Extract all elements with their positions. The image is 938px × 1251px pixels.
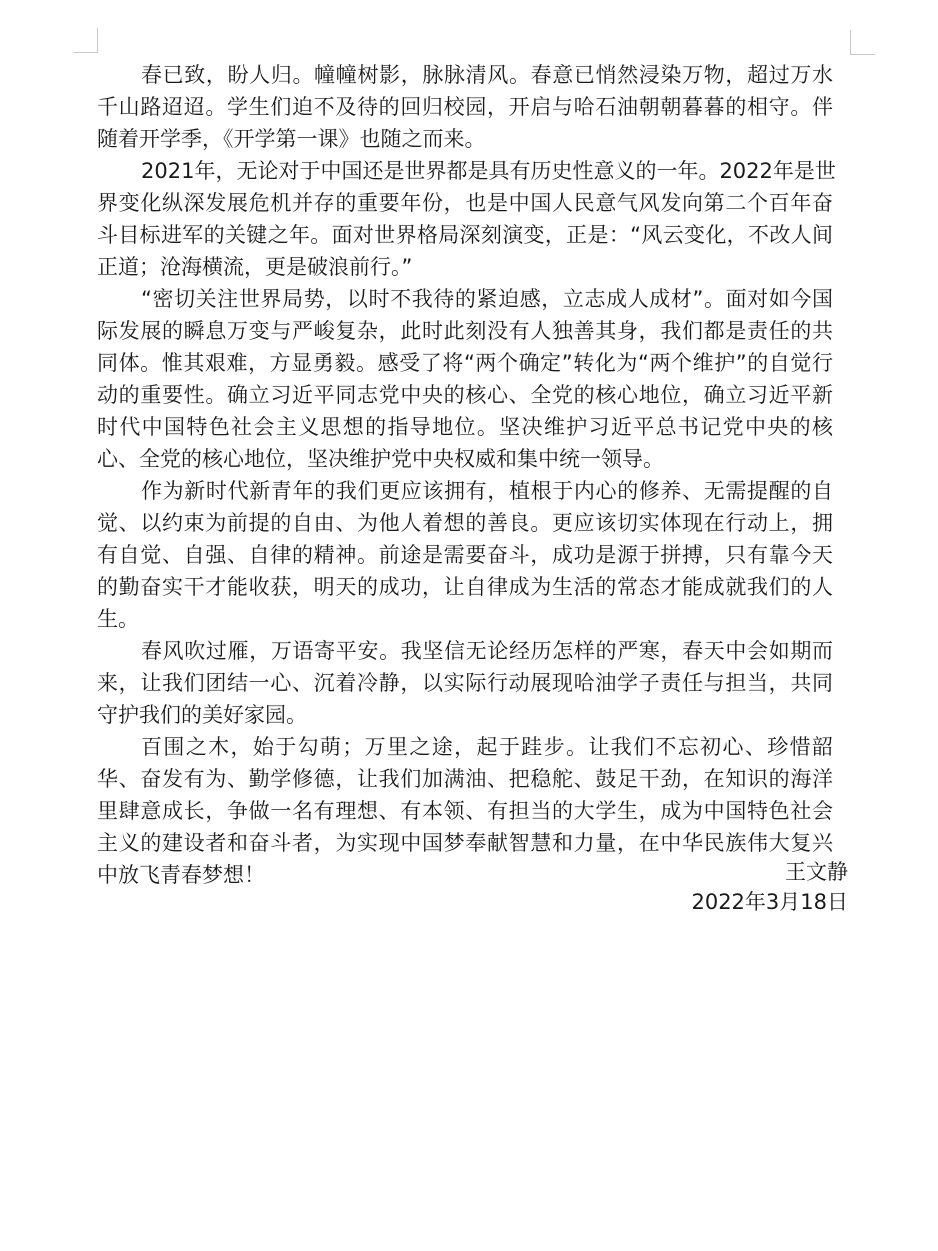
paragraph: 春已致，盼人归。幢幢树影，脉脉清风。春意已悄然浸染万物，超过万水 千山路迢迢。学… <box>97 59 833 155</box>
text-line: 同体。惟其艰难，方显勇毅。感受了将“两个确定”转化为“两个维护”的自觉行 <box>97 347 833 379</box>
text-line: 时代中国特色社会主义思想的指导地位。坚决维护习近平总书记党中央的核 <box>97 411 833 443</box>
text-line: 正道；沧海横流，更是破浪前行。” <box>97 251 833 283</box>
text-line: 生。 <box>97 603 833 635</box>
margin-corner-mark-top-left <box>73 28 98 53</box>
text-line: “密切关注世界局势，以时不我待的紧迫感，立志成人成材”。面对如今国 <box>97 283 833 315</box>
document-body: 春已致，盼人归。幢幢树影，脉脉清风。春意已悄然浸染万物，超过万水 千山路迢迢。学… <box>97 59 833 891</box>
text-line: 春风吹过雁，万语寄平安。我坚信无论经历怎样的严寒，春天中会如期而 <box>97 635 833 667</box>
text-line: 里肆意成长，争做一名有理想、有本领、有担当的大学生，成为中国特色社会 <box>97 795 833 827</box>
text-line: 2021年，无论对于中国还是世界都是具有历史性意义的一年。2022年是世 <box>97 155 833 187</box>
paragraph: 2021年，无论对于中国还是世界都是具有历史性意义的一年。2022年是世 界变化… <box>97 155 833 283</box>
paragraph: 春风吹过雁，万语寄平安。我坚信无论经历怎样的严寒，春天中会如期而 来，让我们团结… <box>97 635 833 731</box>
text-line: 作为新时代新青年的我们更应该拥有，植根于内心的修养、无需提醒的自 <box>97 475 833 507</box>
text-line: 随着开学季，《开学第一课》也随之而来。 <box>97 123 833 155</box>
text-line: 的勤奋实干才能收获，明天的成功，让自律成为生活的常态才能成就我们的人 <box>97 571 833 603</box>
author-name: 王文静 <box>691 857 848 887</box>
text-line: 百围之木，始于勾萌；万里之途，起于跬步。让我们不忘初心、珍惜韶 <box>97 731 833 763</box>
paragraph: “密切关注世界局势，以时不我待的紧迫感，立志成人成材”。面对如今国 际发展的瞬息… <box>97 283 833 475</box>
signature-date: 2022年3月18日 <box>691 887 848 917</box>
document-page: 春已致，盼人归。幢幢树影，脉脉清风。春意已悄然浸染万物，超过万水 千山路迢迢。学… <box>0 0 938 1251</box>
paragraph: 作为新时代新青年的我们更应该拥有，植根于内心的修养、无需提醒的自 觉、以约束为前… <box>97 475 833 635</box>
signature-block: 王文静 2022年3月18日 <box>691 857 848 917</box>
text-line: 心、全党的核心地位，坚决维护党中央权威和集中统一领导。 <box>97 443 833 475</box>
text-line: 际发展的瞬息万变与严峻复杂，此时此刻没有人独善其身，我们都是责任的共 <box>97 315 833 347</box>
text-line: 界变化纵深发展危机并存的重要年份，也是中国人民意气风发向第二个百年奋 <box>97 187 833 219</box>
text-line: 守护我们的美好家园。 <box>97 699 833 731</box>
text-line: 有自觉、自强、自律的精神。前途是需要奋斗，成功是源于拼搏，只有靠今天 <box>97 539 833 571</box>
text-line: 春已致，盼人归。幢幢树影，脉脉清风。春意已悄然浸染万物，超过万水 <box>97 59 833 91</box>
text-line: 主义的建设者和奋斗者，为实现中国梦奉献智慧和力量，在中华民族伟大复兴 <box>97 827 833 859</box>
text-line: 千山路迢迢。学生们迫不及待的回归校园，开启与哈石油朝朝暮暮的相守。伴 <box>97 91 833 123</box>
text-line: 觉、以约束为前提的自由、为他人着想的善良。更应该切实体现在行动上，拥 <box>97 507 833 539</box>
text-line: 动的重要性。确立习近平同志党中央的核心、全党的核心地位，确立习近平新 <box>97 379 833 411</box>
text-line: 来，让我们团结一心、沉着冷静，以实际行动展现哈油学子责任与担当，共同 <box>97 667 833 699</box>
text-line: 华、奋发有为、勤学修德，让我们加满油、把稳舵、鼓足干劲，在知识的海洋 <box>97 763 833 795</box>
margin-corner-mark-top-right <box>850 30 875 55</box>
text-line: 斗目标进军的关键之年。面对世界格局深刻演变，正是：“风云变化，不改人间 <box>97 219 833 251</box>
